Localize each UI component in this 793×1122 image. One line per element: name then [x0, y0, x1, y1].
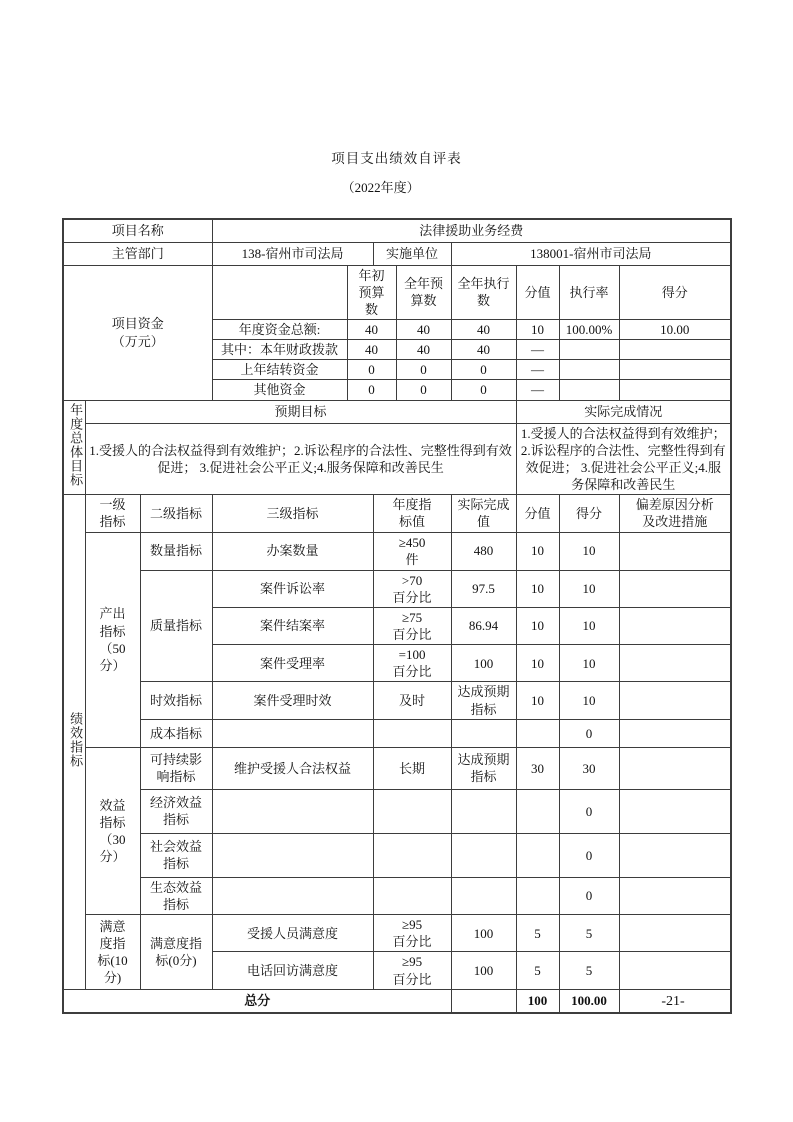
score-value: 5	[559, 952, 619, 989]
department-row: 主管部门 138-宿州市司法局 实施单位 138001-宿州市司法局	[63, 242, 731, 265]
actual-completion-text: 1.受援人的合法权益得到有效维护；2.诉讼程序的合法性、完整性得到有效促进； 3…	[516, 423, 731, 495]
score-value: 30	[559, 747, 619, 789]
level3-name: 受援人员满意度	[212, 915, 373, 952]
funding-annual-executed: 40	[451, 319, 516, 339]
document-page: 项目支出绩效自评表 （2022年度） 项目名称 法律援助业务经费 主管部门 13…	[0, 0, 793, 1122]
funding-score	[619, 360, 731, 380]
deviation-value	[619, 952, 731, 989]
actual-completion-header: 实际完成情况	[516, 400, 731, 423]
indicator-header-row: 绩效指标 一级 指标 二级指标 三级指标 年度指 标值 实际完成 值 分值 得分…	[63, 495, 731, 532]
deviation-value	[619, 645, 731, 682]
header-deviation: 偏差原因分析 及改进措施	[619, 495, 731, 532]
score-value: 10	[559, 532, 619, 570]
actual-value	[451, 789, 516, 833]
funding-weight: —	[516, 340, 559, 360]
level2-sustainability: 可持续影 响指标	[140, 747, 212, 789]
funding-header-weight: 分值	[516, 265, 559, 319]
funding-score: 10.00	[619, 319, 731, 339]
score-value: 5	[559, 915, 619, 952]
actual-value: 达成预期 指标	[451, 682, 516, 719]
total-score: 100.00	[559, 989, 619, 1013]
project-name-value: 法律援助业务经费	[212, 219, 731, 242]
funding-weight: —	[516, 360, 559, 380]
target-value: ≥95 百分比	[373, 952, 451, 989]
actual-value	[451, 833, 516, 877]
project-name-row: 项目名称 法律援助业务经费	[63, 219, 731, 242]
actual-value: 86.94	[451, 607, 516, 644]
level3-name: 电话回访满意度	[212, 952, 373, 989]
weight-value: 5	[516, 915, 559, 952]
funding-initial-budget: 40	[347, 340, 396, 360]
funding-row-name: 其他资金	[212, 380, 347, 400]
funding-score	[619, 340, 731, 360]
weight-value: 30	[516, 747, 559, 789]
level3-name: 案件诉讼率	[212, 570, 373, 607]
funding-annual-budget: 40	[396, 340, 451, 360]
indicator-row-ecological: 生态效益 指标 0	[63, 877, 731, 914]
page-number: -21-	[638, 994, 708, 1010]
level2-ecological: 生态效益 指标	[140, 877, 212, 914]
total-weight: 100	[516, 989, 559, 1013]
level1-output-indicator: 产出 指标 （50 分）	[85, 532, 140, 747]
deviation-value	[619, 789, 731, 833]
funding-weight: —	[516, 380, 559, 400]
funding-row-name: 其中：本年财政拨款	[212, 340, 347, 360]
score-value: 0	[559, 833, 619, 877]
target-value: >70 百分比	[373, 570, 451, 607]
indicator-row-sustainability: 效益 指标 （30 分） 可持续影 响指标 维护受援人合法权益 长期 达成预期 …	[63, 747, 731, 789]
deviation-value	[619, 570, 731, 607]
indicator-row-recipient-satisfaction: 满意 度指 标(10 分) 满意度指 标(0分) 受援人员满意度 ≥95 百分比…	[63, 915, 731, 952]
weight-value: 5	[516, 952, 559, 989]
funding-section-label: 项目资金 （万元）	[63, 265, 212, 400]
indicator-row-case-count: 产出 指标 （50 分） 数量指标 办案数量 ≥450 件 480 10 10	[63, 532, 731, 570]
performance-vertical-text: 绩效指标	[67, 712, 84, 768]
deviation-value	[619, 607, 731, 644]
funding-annual-budget: 0	[396, 380, 451, 400]
weight-value	[516, 877, 559, 914]
target-value: ≥450 件	[373, 532, 451, 570]
target-value: =100 百分比	[373, 645, 451, 682]
target-value: 长期	[373, 747, 451, 789]
actual-value	[451, 719, 516, 747]
annual-goal-vertical-text: 年度总体目标	[67, 403, 84, 487]
level2-cost: 成本指标	[140, 719, 212, 747]
funding-initial-budget: 0	[347, 380, 396, 400]
funding-annual-budget: 40	[396, 319, 451, 339]
funding-execution-rate	[559, 380, 619, 400]
indicator-row-litigation-rate: 质量指标 案件诉讼率 >70 百分比 97.5 10 10	[63, 570, 731, 607]
target-value: 及时	[373, 682, 451, 719]
level1-benefit-indicator: 效益 指标 （30 分）	[85, 747, 140, 914]
header-level2: 二级指标	[140, 495, 212, 532]
header-actual: 实际完成 值	[451, 495, 516, 532]
actual-value	[451, 877, 516, 914]
performance-section-label: 绩效指标	[63, 495, 85, 990]
header-level1: 一级 指标	[85, 495, 140, 532]
document-subtitle: （2022年度）	[0, 177, 761, 196]
total-row: 总分 100 100.00	[63, 989, 731, 1013]
funding-weight: 10	[516, 319, 559, 339]
funding-initial-budget: 40	[347, 319, 396, 339]
deviation-value	[619, 719, 731, 747]
funding-annual-executed: 0	[451, 360, 516, 380]
actual-value: 达成预期 指标	[451, 747, 516, 789]
funding-header-score: 得分	[619, 265, 731, 319]
deviation-value	[619, 532, 731, 570]
funding-annual-executed: 0	[451, 380, 516, 400]
actual-value: 480	[451, 532, 516, 570]
level1-satisfaction-indicator: 满意 度指 标(10 分)	[85, 915, 140, 990]
deviation-value	[619, 682, 731, 719]
level3-name	[212, 833, 373, 877]
level3-name: 案件受理时效	[212, 682, 373, 719]
project-name-label: 项目名称	[63, 219, 212, 242]
funding-execution-rate	[559, 360, 619, 380]
self-evaluation-table: 项目名称 法律援助业务经费 主管部门 138-宿州市司法局 实施单位 13800…	[62, 218, 732, 1014]
level3-name	[212, 877, 373, 914]
funding-subcategory-header-empty	[212, 265, 347, 319]
funding-row-name: 上年结转资金	[212, 360, 347, 380]
deviation-value	[619, 747, 731, 789]
funding-header-initial-budget: 年初 预算 数	[347, 265, 396, 319]
level2-satisfaction: 满意度指 标(0分)	[140, 915, 212, 990]
department-value: 138-宿州市司法局	[212, 242, 373, 265]
actual-value: 97.5	[451, 570, 516, 607]
funding-row-name: 年度资金总额:	[212, 319, 347, 339]
actual-value: 100	[451, 915, 516, 952]
target-value: ≥95 百分比	[373, 915, 451, 952]
target-value: ≥75 百分比	[373, 607, 451, 644]
total-actual-empty	[451, 989, 516, 1013]
target-value	[373, 789, 451, 833]
weight-value: 10	[516, 532, 559, 570]
score-value: 10	[559, 645, 619, 682]
funding-annual-executed: 40	[451, 340, 516, 360]
actual-value: 100	[451, 952, 516, 989]
deviation-value	[619, 915, 731, 952]
header-target: 年度指 标值	[373, 495, 451, 532]
funding-score	[619, 380, 731, 400]
document-title: 项目支出绩效自评表	[0, 147, 793, 167]
funding-header-annual-budget: 全年预算数	[396, 265, 451, 319]
annual-goal-section-label: 年度总体目标	[63, 400, 85, 495]
actual-value: 100	[451, 645, 516, 682]
expected-goal-header: 预期目标	[85, 400, 516, 423]
weight-value: 10	[516, 645, 559, 682]
target-value	[373, 833, 451, 877]
funding-header-execution-rate: 执行率	[559, 265, 619, 319]
level3-name: 案件结案率	[212, 607, 373, 644]
level3-name: 维护受援人合法权益	[212, 747, 373, 789]
level2-timeliness: 时效指标	[140, 682, 212, 719]
score-value: 0	[559, 877, 619, 914]
level2-quantity: 数量指标	[140, 532, 212, 570]
total-label: 总分	[63, 989, 451, 1013]
weight-value	[516, 789, 559, 833]
level3-name	[212, 719, 373, 747]
indicator-row-cost: 成本指标 0	[63, 719, 731, 747]
target-value	[373, 877, 451, 914]
deviation-value	[619, 877, 731, 914]
funding-header-row: 项目资金 （万元） 年初 预算 数 全年预算数 全年执行数 分值 执行率 得分	[63, 265, 731, 319]
funding-annual-budget: 0	[396, 360, 451, 380]
funding-execution-rate	[559, 340, 619, 360]
weight-value: 10	[516, 682, 559, 719]
level3-name	[212, 789, 373, 833]
score-value: 10	[559, 682, 619, 719]
funding-header-annual-executed: 全年执行数	[451, 265, 516, 319]
deviation-value	[619, 833, 731, 877]
level3-name: 案件受理率	[212, 645, 373, 682]
implement-unit-label: 实施单位	[373, 242, 451, 265]
level2-economic: 经济效益 指标	[140, 789, 212, 833]
weight-value: 10	[516, 570, 559, 607]
department-label: 主管部门	[63, 242, 212, 265]
header-score: 得分	[559, 495, 619, 532]
weight-value	[516, 833, 559, 877]
level2-social: 社会效益 指标	[140, 833, 212, 877]
header-level3: 三级指标	[212, 495, 373, 532]
indicator-row-timeliness: 时效指标 案件受理时效 及时 达成预期 指标 10 10	[63, 682, 731, 719]
target-value	[373, 719, 451, 747]
indicator-row-economic: 经济效益 指标 0	[63, 789, 731, 833]
score-value: 0	[559, 789, 619, 833]
score-value: 10	[559, 570, 619, 607]
funding-execution-rate: 100.00%	[559, 319, 619, 339]
expected-goal-text: 1.受援人的合法权益得到有效维护；2.诉讼程序的合法性、完整性得到有效促进； 3…	[85, 423, 516, 495]
weight-value: 10	[516, 607, 559, 644]
weight-value	[516, 719, 559, 747]
level3-name: 办案数量	[212, 532, 373, 570]
score-value: 10	[559, 607, 619, 644]
indicator-row-social: 社会效益 指标 0	[63, 833, 731, 877]
annual-goal-content-row: 1.受援人的合法权益得到有效维护；2.诉讼程序的合法性、完整性得到有效促进； 3…	[63, 423, 731, 495]
annual-goal-header-row: 年度总体目标 预期目标 实际完成情况	[63, 400, 731, 423]
implement-unit-value: 138001-宿州市司法局	[451, 242, 731, 265]
level2-quality: 质量指标	[140, 570, 212, 682]
header-weight: 分值	[516, 495, 559, 532]
score-value: 0	[559, 719, 619, 747]
funding-initial-budget: 0	[347, 360, 396, 380]
